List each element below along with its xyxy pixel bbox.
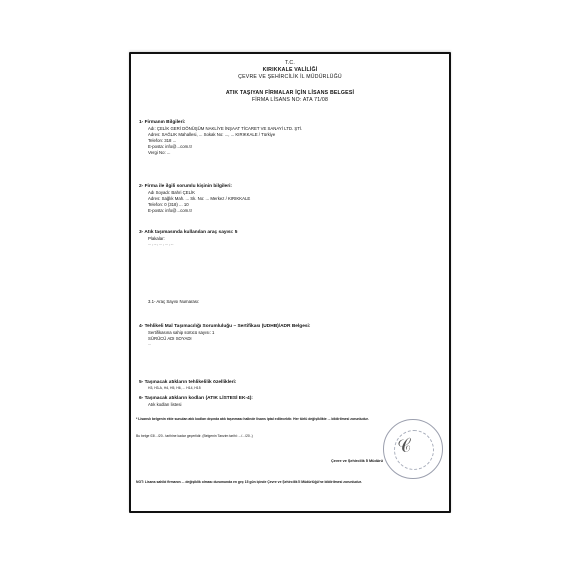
firm-tax-no: Vergi No: ... [139, 150, 443, 156]
signer-title: Çevre ve Şehircilik İl Müdürü [331, 459, 383, 463]
warning-note: * Lisanslı belgenin ekte sunulan atık ko… [136, 417, 444, 422]
document-header: T.C. KIRIKKALE VALİLİĞİ ÇEVRE VE ŞEHİRCİ… [131, 60, 449, 104]
hazard-codes: H3, H3-A, H4, H5, H6, ... H14, H15 [139, 386, 443, 391]
section-vehicle-number: 3.1- Araç Sayısı Numarası: [139, 299, 443, 305]
section-waste-codes: 6- Taşınacak atıkların kodları (ATIK LİS… [139, 396, 443, 408]
header-line-directorate: ÇEVRE VE ŞEHİRCİLİK İL MÜDÜRLÜĞÜ [131, 74, 449, 81]
driver-name: ... [139, 342, 443, 347]
license-number: FİRMA LİSANS NO: ATA 71/08 [131, 97, 449, 104]
section-responsible-person: 2- Firma ile ilgili sorumlu kişinin bilg… [139, 184, 443, 214]
footer-note: NOT: Lisans sahibi firmanın ... değişikl… [136, 480, 444, 485]
section-hazard-properties: 5- Taşınacak atıkların tehlikelilik özel… [139, 380, 443, 391]
document-title: ATIK TAŞIYAN FİRMALAR İÇİN LİSANS BELGES… [131, 90, 449, 97]
waste-codes-note: Atık kodları listesi [139, 402, 443, 408]
section-vehicles: 3- Atık taşımasında kullanılan araç sayı… [139, 230, 443, 247]
license-document: T.C. KIRIKKALE VALİLİĞİ ÇEVRE VE ŞEHİRCİ… [129, 52, 451, 513]
person-email: E-posta: info@...com.tr [139, 208, 443, 214]
section-adr-certificate: 4- Tehlikeli Mal Taşımacılığı Sorumluluğ… [139, 324, 443, 347]
plates-list: ... , ... , ... , ... , ... [139, 242, 443, 247]
section-firm-info: 1- Firmanın Bilgileri: Adı: ÇELİK GERİ D… [139, 120, 443, 157]
official-seal-icon: 𝒞 [383, 419, 443, 479]
section-heading: 3.1- Araç Sayısı Numarası: [139, 299, 443, 305]
